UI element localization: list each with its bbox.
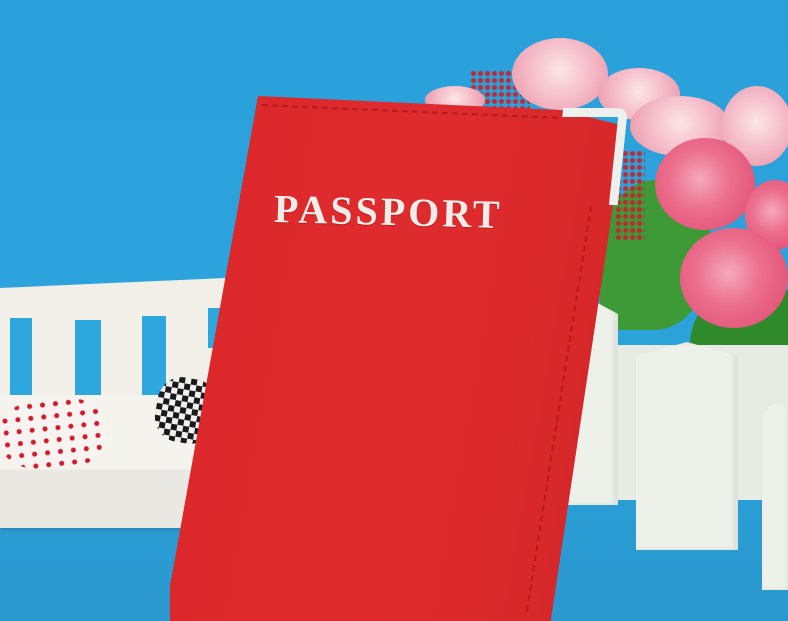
product-photo: PASSPORT — [0, 0, 788, 621]
bench-slot — [75, 320, 101, 398]
passport-cover: PASSPORT — [170, 96, 630, 621]
metal-corner-clip — [553, 108, 628, 205]
rose-pink — [655, 138, 755, 230]
bench-slot — [142, 316, 166, 396]
fence-post — [636, 342, 738, 550]
bench-slot — [10, 318, 32, 396]
passport-title: PASSPORT — [273, 185, 503, 238]
fence-post — [762, 400, 788, 590]
rose-pink — [680, 228, 788, 328]
